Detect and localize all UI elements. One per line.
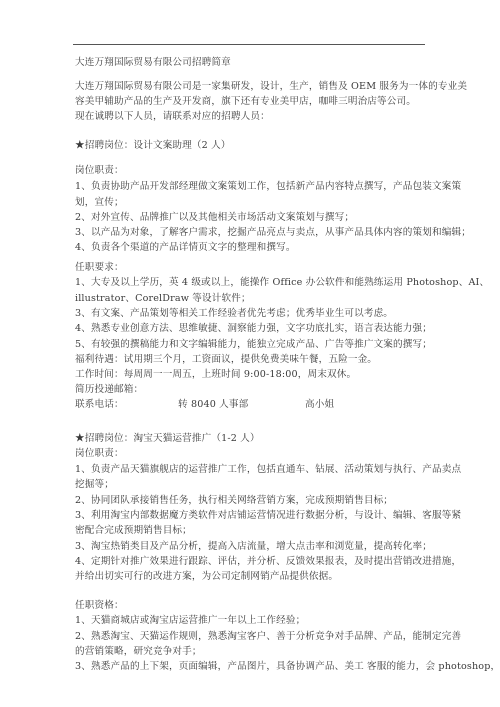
job1-duty-2: 2、对外宣传、品牌推广以及其他相关市场活动文案策划与撰写； [75,211,354,225]
job2-requirement-1: 1、天猫商城店或淘宝店运营推广一年以上工作经验； [75,614,305,628]
job1-header: ★招聘岗位：设计文案助理（2 人） [75,139,231,153]
contact-extension: 转 8040 人事部 [178,398,248,412]
job2-duty-3a-cont: 密配合完成预期销售目标； [75,524,192,538]
job1-resume-email-label: 简历投递邮箱： [75,383,143,397]
job2-duty-1-cont: 挖掘等； [75,478,114,492]
job2-duties-label: 岗位职责： [75,447,124,461]
job2-duty-1: 1、负责产品天猫旗舰店的运营推广工作，包括直通车、钻展、活动策划与执行、产品卖点 [75,463,461,477]
job2-header: ★招聘岗位：淘宝天猫运营推广（1-2 人） [75,432,260,446]
document-title: 大连万翔国际贸易有限公司招聘简章 [75,56,231,70]
job1-requirement-5: 5、有较强的撰稿能力和文字编辑能力，能独立完成产品、广告等推广文案的撰写； [75,338,432,352]
job2-duty-4-cont: 并给出切实可行的改进方案，为公司定制网销产品提供依据。 [75,570,338,584]
job1-work-hours: 工作时间：每周周一一周五，上班时间 9:00-18:00，周末双休。 [75,368,356,382]
job2-requirement-2-cont: 的营销策略，研究竞争对手； [75,645,202,659]
job2-duty-3a: 3、利用淘宝内部数据魔方类软件对店铺运营情况进行数据分析，与设计、编辑、客服等紧 [75,509,461,523]
job1-duties-label: 岗位职责： [75,164,124,178]
job1-duty-4: 4、负责各个渠道的产品详情页文字的整理和撰写。 [75,241,296,255]
job1-benefits: 福利待遇：试用期三个月，工资面议，提供免费美味午餐，五险一金。 [75,353,377,367]
contact-person: 高小姐 [305,398,334,412]
job2-requirements-label: 任职资格： [75,599,124,613]
job2-duty-3b: 3、淘宝热销类目及产品分析，提高入店流量，增大点击率和浏览量，提高转化率； [75,540,432,554]
job2-requirement-3: 3、熟悉产品的上下架，页面编辑，产品图片，具备协调产品、美工 客服的能力，会 p… [75,660,500,674]
intro-line-3: 现在诚聘以下人员，请联系对应的招聘人员： [75,110,270,124]
header-rule [73,44,425,45]
intro-line-1: 大连万翔国际贸易有限公司是一家集研发，设计，生产，销售及 OEM 服务为一体的专… [75,80,467,94]
job1-contact-line: 联系电话： 转 8040 人事部 高小姐 [75,398,395,412]
job1-requirement-1-cont: illustrator、CorelDraw 等设计软件； [75,292,251,306]
job1-requirements-label: 任职要求： [75,261,124,275]
document-page: 大连万翔国际贸易有限公司招聘简章 大连万翔国际贸易有限公司是一家集研发，设计，生… [0,0,500,707]
job1-requirement-4: 4、熟悉专业创意方法、思维敏捷、洞察能力强，文字功底扎实，语言表达能力强； [75,322,432,336]
job1-duty-1: 1、负责协助产品开发部经理做文案策划工作，包括新产品内容特点撰写，产品包装文案策 [75,180,461,194]
job1-duty-1-cont: 划，宣传； [75,196,124,210]
job2-duty-4: 4、定期针对推广效果进行跟踪、评估，并分析、反馈效果报表，及时提出营销改进措施， [75,555,461,569]
job1-duty-3: 3、以产品为对象，了解客户需求，挖掘产品亮点与卖点，从事产品具体内容的策划和编辑… [75,226,471,240]
job1-requirement-1: 1、大专及以上学历，英 4 级或以上，能操作 Office 办公软件和能熟练运用… [75,276,489,290]
contact-phone-label: 联系电话： [75,399,124,410]
intro-line-2: 容美甲辅助产品的生产及开发商，旗下还有专业美甲店，咖啡三明治店等公司。 [75,95,416,109]
job1-requirement-3: 3、有文案、产品策划等相关工作经验者优先考虑；优秀毕业生可以考虑。 [75,307,393,321]
job2-duty-2: 2、协同团队承接销售任务，执行相关网络营销方案，完成预期销售目标； [75,494,393,508]
job2-requirement-2: 2、熟悉淘宝、天猫运作规则，熟悉淘宝客户、善于分析竞争对手品牌、产品，能制定完善 [75,630,461,644]
